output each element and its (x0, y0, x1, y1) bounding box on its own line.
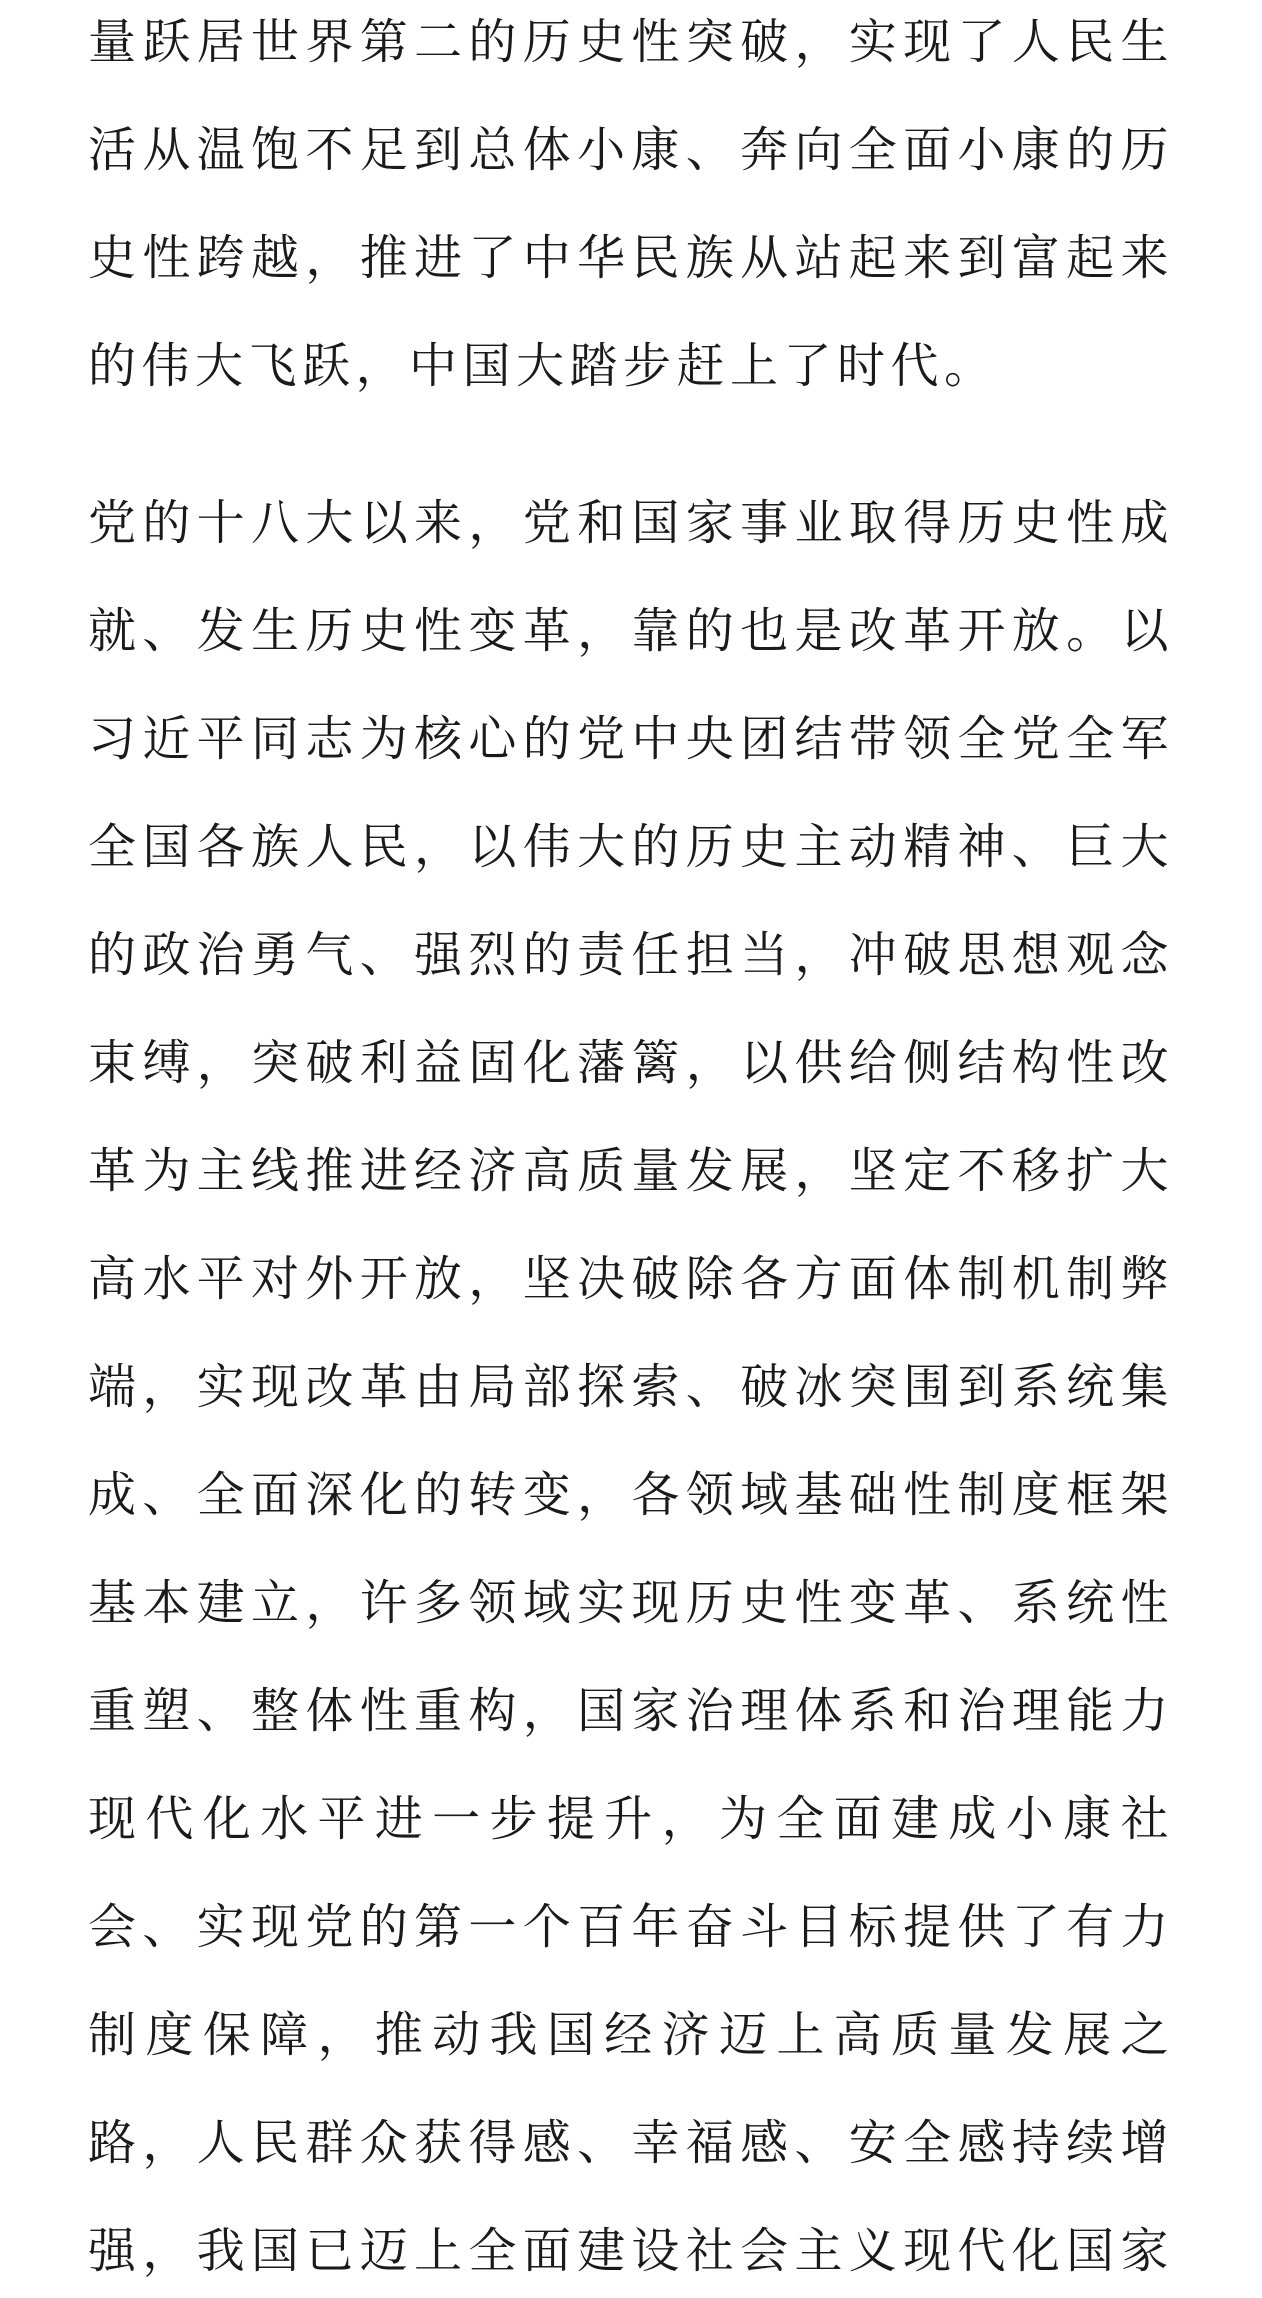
paragraph: 党的十八大以来，党和国家事业取得历史性成 就、发生历史性变革，靠的也是改革开放。… (88, 470, 1174, 2298)
reader-page: { "document": { "background": "#ffffff",… (0, 0, 1262, 2298)
text-line: 革为主线推进经济高质量发展，坚定不移扩大 (88, 1118, 1174, 1226)
text-line: 制度保障，推动我国经济迈上高质量发展之 (88, 1982, 1174, 2090)
text-line: 重塑、整体性重构，国家治理体系和治理能力 (88, 1658, 1174, 1766)
text-line: 党的十八大以来，党和国家事业取得历史性成 (88, 470, 1174, 578)
text-line: 高水平对外开放，坚决破除各方面体制机制弊 (88, 1226, 1174, 1334)
text-line: 量跃居世界第二的历史性突破，实现了人民生 (88, 0, 1174, 97)
text-line: 基本建立，许多领域实现历史性变革、系统性 (88, 1550, 1174, 1658)
text-line: 束缚，突破利益固化藩篱，以供给侧结构性改 (88, 1010, 1174, 1118)
text-line: 成、全面深化的转变，各领域基础性制度框架 (88, 1442, 1174, 1550)
text-line: 端，实现改革由局部探索、破冰突围到系统集 (88, 1334, 1174, 1442)
text-line: 路，人民群众获得感、幸福感、安全感持续增 (88, 2090, 1174, 2198)
text-line: 全国各族人民，以伟大的历史主动精神、巨大 (88, 794, 1174, 902)
text-line: 习近平同志为核心的党中央团结带领全党全军 (88, 686, 1174, 794)
text-line: 会、实现党的第一个百年奋斗目标提供了有力 (88, 1874, 1174, 1982)
article-text: 量跃居世界第二的历史性突破，实现了人民生 活从温饱不足到总体小康、奔向全面小康的… (0, 0, 1262, 2298)
text-line: 的伟大飞跃，中国大踏步赶上了时代。 (88, 313, 1174, 421)
text-line: 强，我国已迈上全面建设社会主义现代化国家 (88, 2198, 1174, 2298)
text-line: 就、发生历史性变革，靠的也是改革开放。以 (88, 578, 1174, 686)
paragraph: 量跃居世界第二的历史性突破，实现了人民生 活从温饱不足到总体小康、奔向全面小康的… (88, 0, 1174, 421)
text-line: 的政治勇气、强烈的责任担当，冲破思想观念 (88, 902, 1174, 1010)
text-line: 现代化水平进一步提升，为全面建成小康社 (88, 1766, 1174, 1874)
text-line: 史性跨越，推进了中华民族从站起来到富起来 (88, 205, 1174, 313)
text-line: 活从温饱不足到总体小康、奔向全面小康的历 (88, 97, 1174, 205)
